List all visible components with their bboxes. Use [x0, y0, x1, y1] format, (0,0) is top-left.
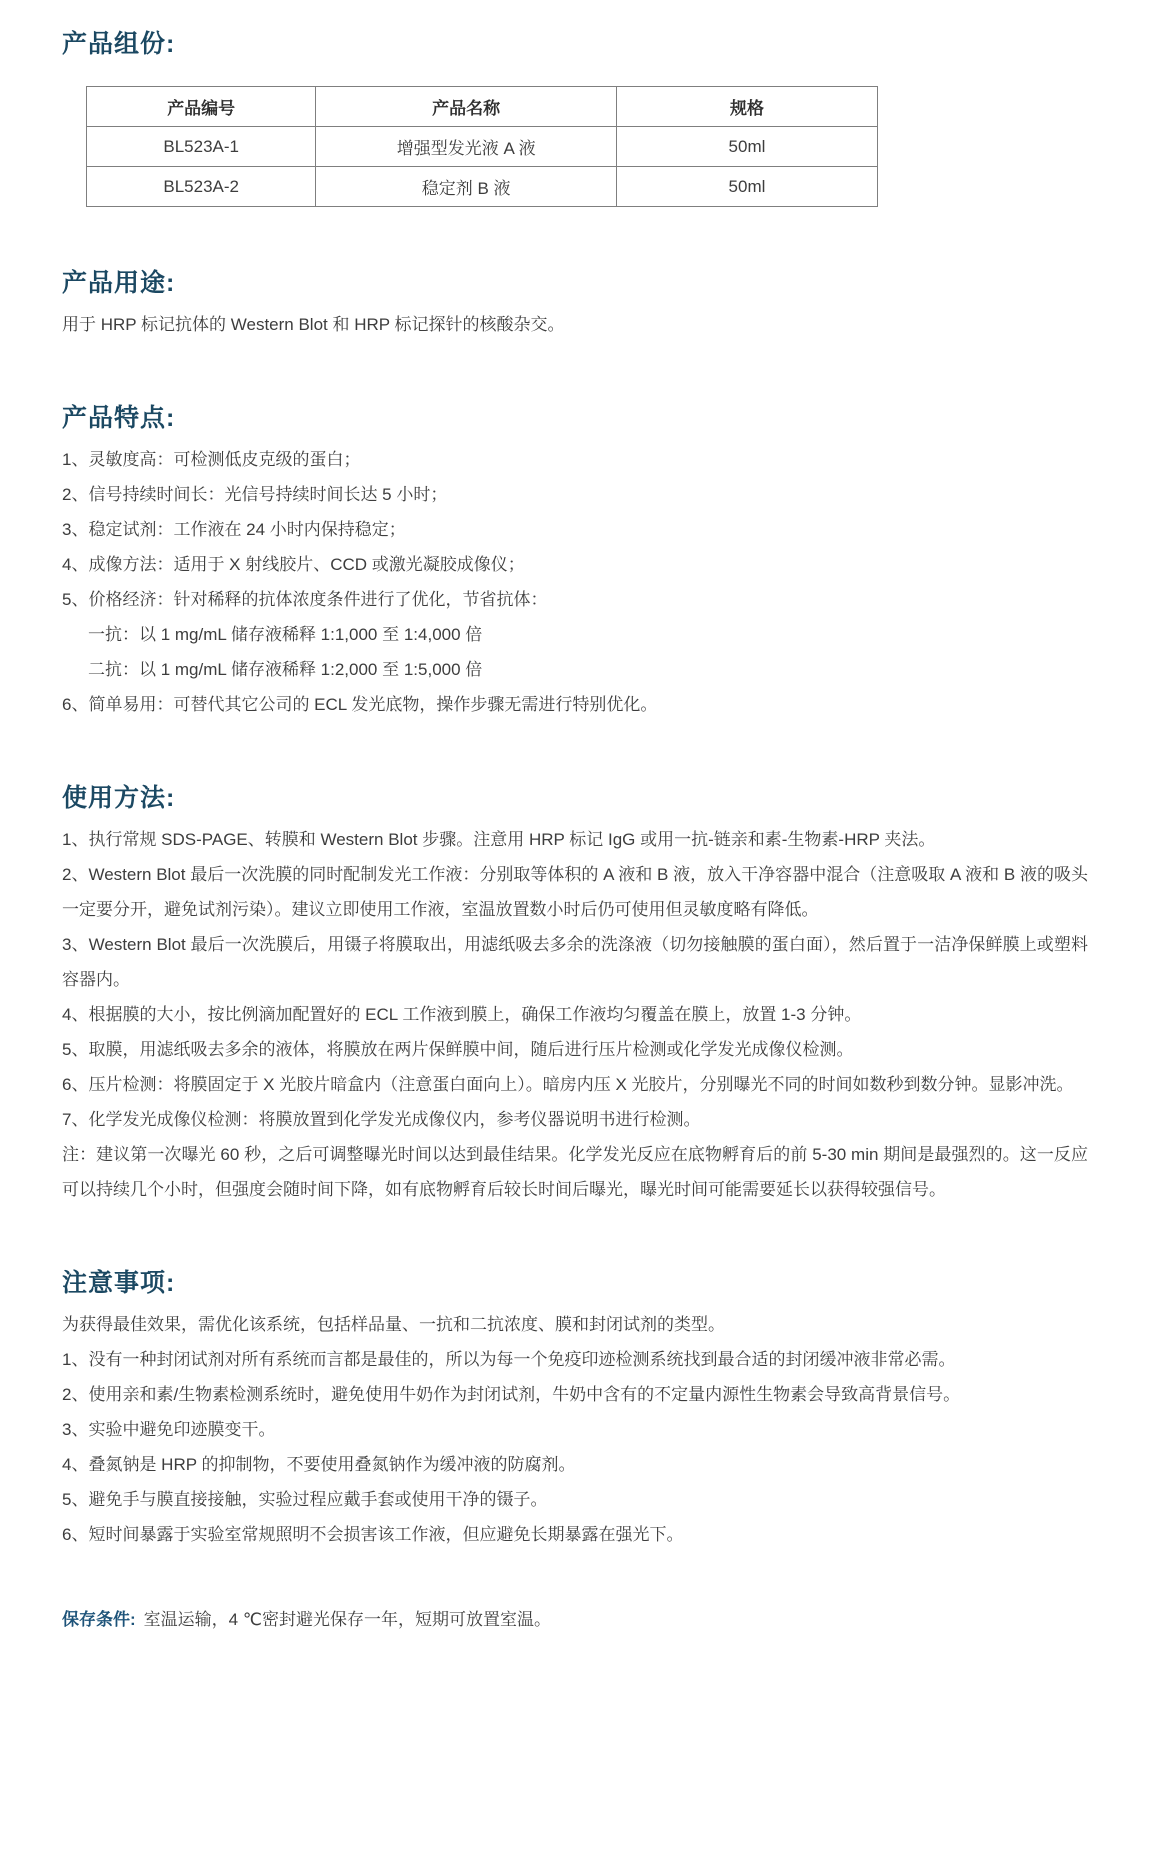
- feature-item: 2、信号持续时间长：光信号持续时间长达 5 小时；: [62, 477, 1088, 512]
- table-cell-spec: 50ml: [616, 127, 877, 167]
- precaution-item: 4、叠氮钠是 HRP 的抑制物，不要使用叠氮钠作为缓冲液的防腐剂。: [62, 1447, 1088, 1482]
- method-step: 7、化学发光成像仪检测：将膜放置到化学发光成像仪内，参考仪器说明书进行检测。: [62, 1102, 1088, 1137]
- method-steps: 1、执行常规 SDS-PAGE、转膜和 Western Blot 步骤。注意用 …: [62, 822, 1088, 1207]
- feature-item: 4、成像方法：适用于 X 射线胶片、CCD 或激光凝胶成像仪；: [62, 547, 1088, 582]
- table-cell-product-code: BL523A-1: [87, 127, 316, 167]
- storage-text: 室温运输，4 ℃密封避光保存一年，短期可放置室温。: [144, 1610, 551, 1629]
- feature-subitem-secondary-antibody: 二抗：以 1 mg/mL 储存液稀释 1:2,000 至 1:5,000 倍: [62, 652, 1088, 687]
- components-table: 产品编号 产品名称 规格 BL523A-1 增强型发光液 A 液 50ml BL…: [86, 86, 878, 207]
- method-step: 6、压片检测：将膜固定于 X 光胶片暗盒内（注意蛋白面向上）。暗房内压 X 光胶…: [62, 1067, 1088, 1102]
- precaution-item: 5、避免手与膜直接接触，实验过程应戴手套或使用干净的镊子。: [62, 1482, 1088, 1517]
- feature-item: 1、灵敏度高：可检测低皮克级的蛋白；: [62, 442, 1088, 477]
- section-features: 产品特点: 1、灵敏度高：可检测低皮克级的蛋白； 2、信号持续时间长：光信号持续…: [62, 398, 1088, 722]
- method-step: 2、Western Blot 最后一次洗膜的同时配制发光工作液：分别取等体积的 …: [62, 857, 1088, 927]
- section-precautions: 注意事项: 为获得最佳效果，需优化该系统，包括样品量、一抗和二抗浓度、膜和封闭试…: [62, 1263, 1088, 1552]
- method-step: 5、取膜，用滤纸吸去多余的液体，将膜放在两片保鲜膜中间，随后进行压片检测或化学发…: [62, 1032, 1088, 1067]
- section-components: 产品组份: 产品编号 产品名称 规格 BL523A-1 增强型发光液 A 液 5…: [62, 24, 1088, 207]
- usage-text: 用于 HRP 标记抗体的 Western Blot 和 HRP 标记探针的核酸杂…: [62, 307, 1088, 342]
- precaution-item: 6、短时间暴露于实验室常规照明不会损害该工作液，但应避免长期暴露在强光下。: [62, 1517, 1088, 1552]
- table-row: BL523A-2 稳定剂 B 液 50ml: [87, 167, 878, 207]
- table-cell-product-code: BL523A-2: [87, 167, 316, 207]
- precautions-list: 为获得最佳效果，需优化该系统，包括样品量、一抗和二抗浓度、膜和封闭试剂的类型。 …: [62, 1307, 1088, 1552]
- precaution-item: 3、实验中避免印迹膜变干。: [62, 1412, 1088, 1447]
- usage-section-title: 产品用途:: [62, 263, 1088, 299]
- feature-item: 6、简单易用：可替代其它公司的 ECL 发光底物，操作步骤无需进行特别优化。: [62, 687, 1088, 722]
- section-method: 使用方法: 1、执行常规 SDS-PAGE、转膜和 Western Blot 步…: [62, 778, 1088, 1207]
- method-step: 3、Western Blot 最后一次洗膜后，用镊子将膜取出，用滤纸吸去多余的洗…: [62, 927, 1088, 997]
- feature-item: 5、价格经济：针对稀释的抗体浓度条件进行了优化，节省抗体：: [62, 582, 1088, 617]
- storage-label: 保存条件:: [62, 1610, 136, 1629]
- column-header-product-code: 产品编号: [87, 87, 316, 127]
- precautions-section-title: 注意事项:: [62, 1263, 1088, 1299]
- column-header-product-name: 产品名称: [316, 87, 617, 127]
- document-page: 产品组份: 产品编号 产品名称 规格 BL523A-1 增强型发光液 A 液 5…: [0, 0, 1150, 1872]
- table-header-row: 产品编号 产品名称 规格: [87, 87, 878, 127]
- method-note: 注：建议第一次曝光 60 秒，之后可调整曝光时间以达到最佳结果。化学发光反应在底…: [62, 1137, 1088, 1207]
- method-step: 4、根据膜的大小，按比例滴加配置好的 ECL 工作液到膜上，确保工作液均匀覆盖在…: [62, 997, 1088, 1032]
- precautions-intro: 为获得最佳效果，需优化该系统，包括样品量、一抗和二抗浓度、膜和封闭试剂的类型。: [62, 1307, 1088, 1342]
- features-section-title: 产品特点:: [62, 398, 1088, 434]
- table-cell-product-name: 增强型发光液 A 液: [316, 127, 617, 167]
- components-section-title: 产品组份:: [62, 24, 1088, 60]
- table-cell-spec: 50ml: [616, 167, 877, 207]
- table-cell-product-name: 稳定剂 B 液: [316, 167, 617, 207]
- features-list: 1、灵敏度高：可检测低皮克级的蛋白； 2、信号持续时间长：光信号持续时间长达 5…: [62, 442, 1088, 722]
- feature-item: 3、稳定试剂：工作液在 24 小时内保持稳定；: [62, 512, 1088, 547]
- precaution-item: 1、没有一种封闭试剂对所有系统而言都是最佳的，所以为每一个免疫印迹检测系统找到最…: [62, 1342, 1088, 1377]
- method-section-title: 使用方法:: [62, 778, 1088, 814]
- column-header-spec: 规格: [616, 87, 877, 127]
- method-step: 1、执行常规 SDS-PAGE、转膜和 Western Blot 步骤。注意用 …: [62, 822, 1088, 857]
- storage-conditions: 保存条件:室温运输，4 ℃密封避光保存一年，短期可放置室温。: [62, 1602, 1088, 1637]
- section-usage: 产品用途: 用于 HRP 标记抗体的 Western Blot 和 HRP 标记…: [62, 263, 1088, 342]
- feature-subitem-primary-antibody: 一抗：以 1 mg/mL 储存液稀释 1:1,000 至 1:4,000 倍: [62, 617, 1088, 652]
- table-row: BL523A-1 增强型发光液 A 液 50ml: [87, 127, 878, 167]
- precaution-item: 2、使用亲和素/生物素检测系统时，避免使用牛奶作为封闭试剂，牛奶中含有的不定量内…: [62, 1377, 1088, 1412]
